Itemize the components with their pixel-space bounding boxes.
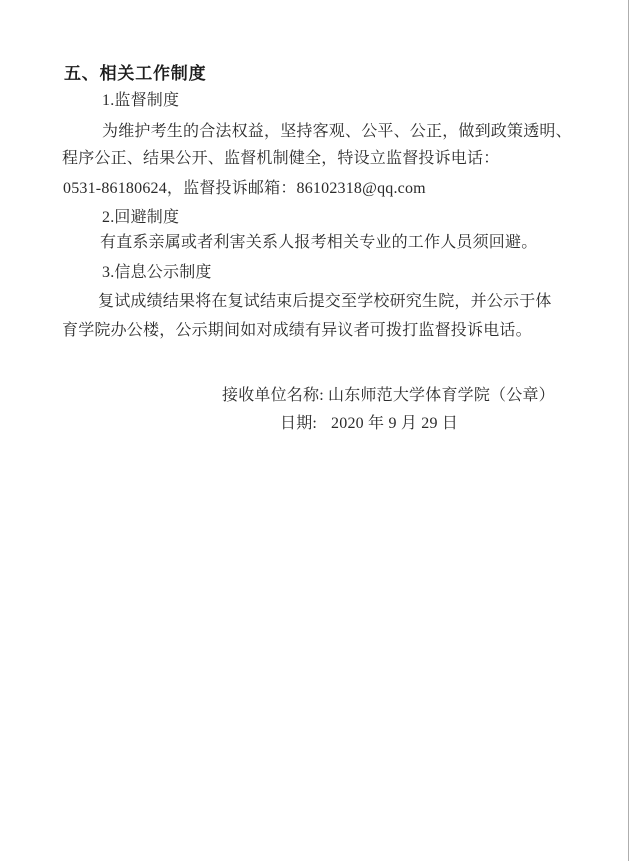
subsection-title-supervision: 1.监督制度 bbox=[102, 89, 179, 113]
section-heading: 五、相关工作制度 bbox=[64, 61, 206, 87]
paragraph-supervision-line-1: 为维护考生的合法权益，坚持客观、公平、公正，做到政策透明、 bbox=[102, 120, 572, 144]
subsection-title-recusal: 2.回避制度 bbox=[102, 206, 179, 230]
subsection-title-disclosure: 3.信息公示制度 bbox=[102, 261, 212, 285]
paragraph-disclosure-line-1: 复试成绩结果将在复试结束后提交至学校研究生院，并公示于体 bbox=[98, 290, 552, 314]
paragraph-supervision-line-2: 程序公正、结果公开、监督机制健全，特设立监督投诉电话： bbox=[62, 147, 499, 171]
paragraph-supervision-contact: 0531-86180624，监督投诉邮箱：86102318@qq.com bbox=[63, 177, 426, 201]
document-page: 五、相关工作制度 1.监督制度 为维护考生的合法权益，坚持客观、公平、公正，做到… bbox=[0, 0, 633, 861]
date-label: 日期: bbox=[280, 415, 317, 432]
paragraph-disclosure-line-2: 育学院办公楼，公示期间如对成绩有异议者可拨打监督投诉电话。 bbox=[62, 319, 532, 343]
page-right-edge-line bbox=[628, 0, 629, 861]
signature-date-line: 日期:2020 年 9 月 29 日 bbox=[280, 412, 458, 436]
date-value: 2020 年 9 月 29 日 bbox=[331, 415, 458, 432]
signature-recipient-line: 接收单位名称: 山东师范大学体育学院（公章） bbox=[222, 384, 555, 408]
paragraph-recusal-line-1: 有直系亲属或者利害关系人报考相关专业的工作人员须回避。 bbox=[100, 231, 537, 255]
